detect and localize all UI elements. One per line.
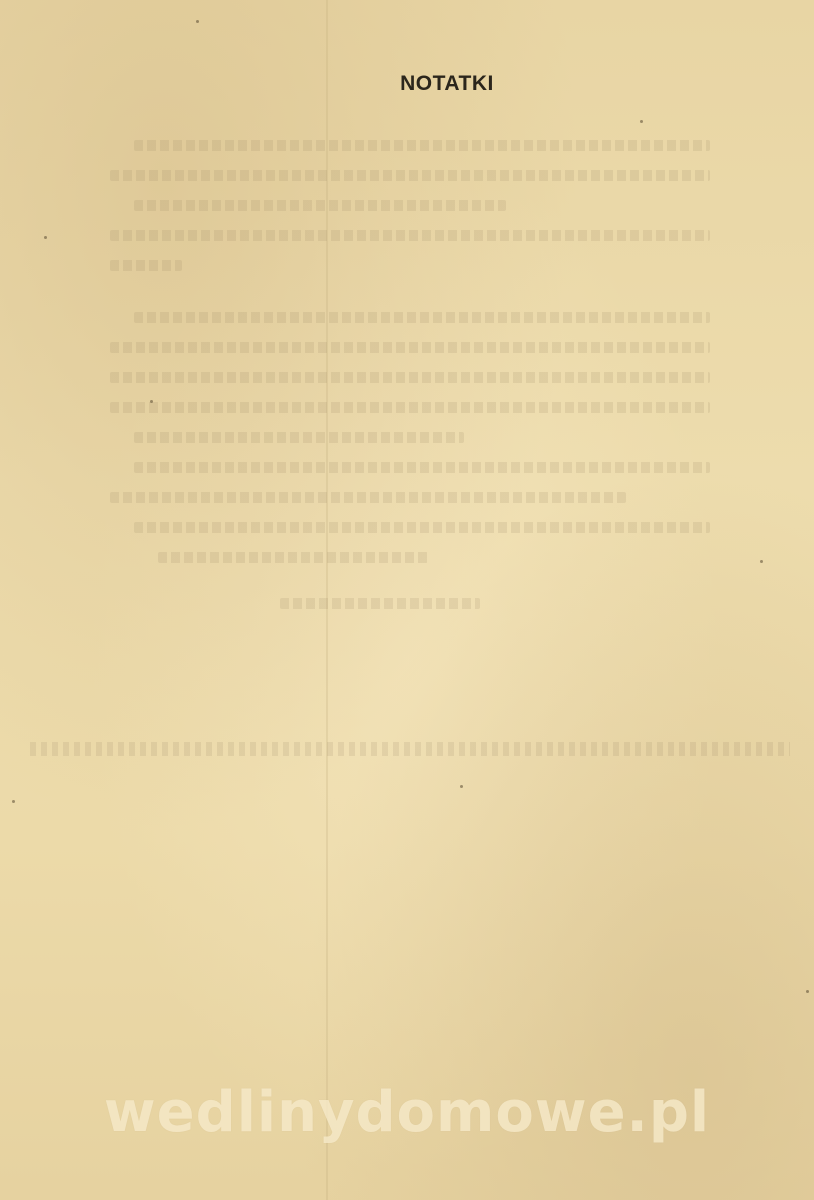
bleed-through-text-block-2 — [110, 312, 710, 582]
paper-speck — [196, 20, 199, 23]
bleed-through-text-block-1 — [110, 140, 710, 290]
bleed-through-text-block-3 — [280, 598, 480, 628]
scanned-page: NOTATKI wedlinydomowe.pl — [0, 0, 814, 1200]
paper-speck — [460, 785, 463, 788]
paper-speck — [12, 800, 15, 803]
paper-speck — [806, 990, 809, 993]
page-heading: NOTATKI — [0, 72, 814, 96]
paper-speck — [44, 236, 47, 239]
paper-speck — [760, 560, 763, 563]
site-watermark: wedlinydomowe.pl — [0, 1080, 814, 1145]
paper-speck — [640, 120, 643, 123]
paper-speck — [150, 400, 153, 403]
bleed-through-band — [30, 742, 790, 756]
